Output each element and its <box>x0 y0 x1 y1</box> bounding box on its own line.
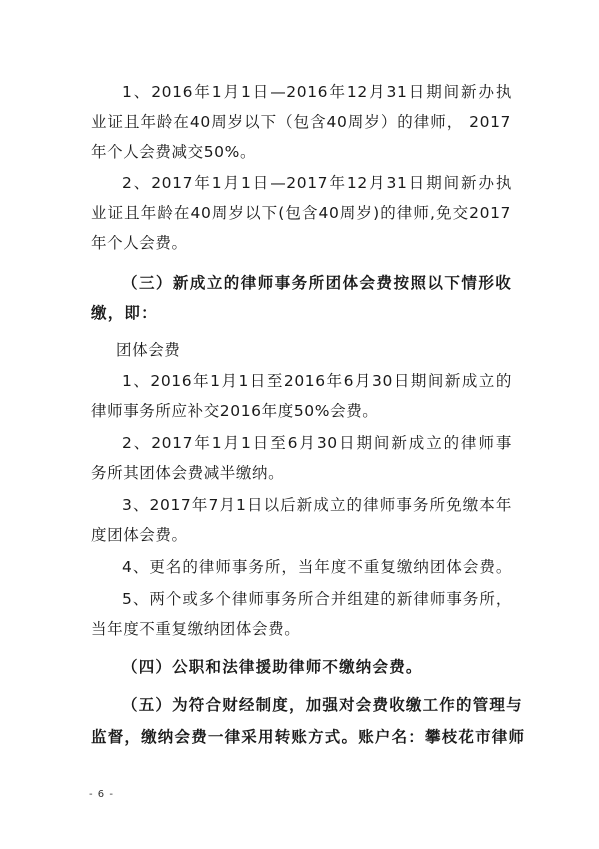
paragraph-line: 业证且年龄在40周岁以下（包含40周岁）的律师， 2017 <box>91 112 511 132</box>
paragraph-line: 当年度不重复缴纳团体会费。 <box>91 619 511 639</box>
paragraph-line: 4、更名的律师事务所，当年度不重复缴纳团体会费。 <box>122 557 512 577</box>
section-heading-line: （四）公职和法律援助律师不缴纳会费。 <box>122 657 512 677</box>
subheading-line: 团体会费 <box>116 340 536 360</box>
paragraph-line: 年个人会费减交50%。 <box>91 142 511 162</box>
paragraph-line: 业证且年龄在40周岁以下(包含40周岁)的律师,免交2017 <box>91 203 511 223</box>
section-heading-line: 监督，缴纳会费一律采用转账方式。账户名：攀枝花市律师 <box>91 727 511 747</box>
paragraph-line: 5、两个或多个律师事务所合并组建的新律师事务所， <box>122 589 512 609</box>
document-page: 1、2016年1月1日—2016年12月31日期间新办执 业证且年龄在40周岁以… <box>0 0 599 849</box>
paragraph-line: 1、2016年1月1日至2016年6月30日期间新成立的 <box>122 371 512 391</box>
page-number: - 6 - <box>89 788 114 802</box>
paragraph-line: 2、2017年1月1日—2017年12月31日期间新办执 <box>122 173 512 193</box>
paragraph-line: 1、2016年1月1日—2016年12月31日期间新办执 <box>122 82 512 102</box>
paragraph-line: 律师事务所应补交2016年度50%会费。 <box>91 401 511 421</box>
section-heading-line: （五）为符合财经制度，加强对会费收缴工作的管理与 <box>122 695 512 715</box>
paragraph-line: 2、2017年1月1日至6月30日期间新成立的律师事 <box>122 433 512 453</box>
paragraph-line: 度团体会费。 <box>91 525 511 545</box>
section-heading-line: 缴，即： <box>91 303 511 323</box>
section-heading-line: （三）新成立的律师事务所团体会费按照以下情形收 <box>122 273 512 293</box>
paragraph-line: 务所其团体会费减半缴纳。 <box>91 463 511 483</box>
paragraph-line: 年个人会费。 <box>91 233 511 253</box>
paragraph-line: 3、2017年7月1日以后新成立的律师事务所免缴本年 <box>122 495 512 515</box>
